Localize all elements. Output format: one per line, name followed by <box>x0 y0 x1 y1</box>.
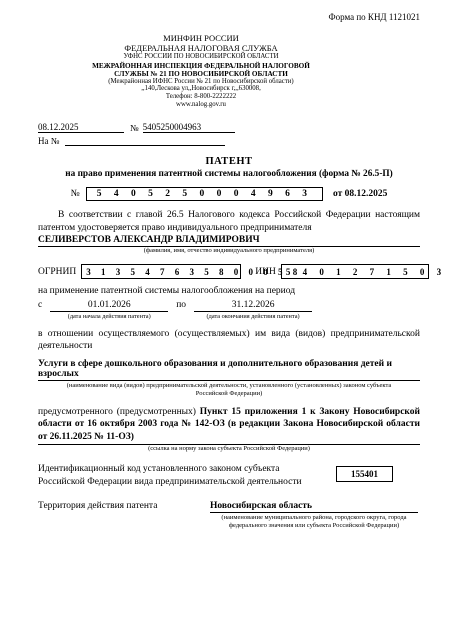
activity-intro-paragraph: в отношении осуществляемого (осуществляе… <box>38 328 420 353</box>
inn-label: ИНН <box>255 267 276 277</box>
patent-number-boxed: 5 4 0 5 2 5 0 0 0 4 9 6 3 <box>86 187 323 201</box>
document-date: 08.12.2025 <box>38 122 124 133</box>
patent-title: ПАТЕНТ <box>38 156 420 167</box>
issuing-authority-block: МИНФИН РОССИИ ФЕДЕРАЛЬНАЯ НАЛОГОВАЯ СЛУЖ… <box>60 34 342 108</box>
regional-department-name: УФНС РОССИИ ПО НОВОСИБИРСКОЙ ОБЛАСТИ <box>60 53 342 61</box>
territory-value: Новосибирская область <box>210 501 418 513</box>
period-intro: на применение патентной системы налогооб… <box>38 286 420 296</box>
activity-name: Услуги в сфере дошкольного образования и… <box>38 359 420 381</box>
patent-number-row: № 5 4 0 5 2 5 0 0 0 4 9 6 3 от 08.12.202… <box>38 187 420 201</box>
territory-row: Территория действия патента Новосибирска… <box>38 501 420 530</box>
patent-number-sign: № <box>71 189 80 199</box>
form-code-label: Форма по КНД 1121021 <box>38 12 420 22</box>
activity-code-label: Идентификационный код установленного зак… <box>38 463 306 489</box>
activity-caption: (наименование вида (видов) предпринимате… <box>59 382 399 398</box>
activity-code-row: Идентификационный код установленного зак… <box>38 463 420 489</box>
activity-code-value: 155401 <box>336 466 393 482</box>
law-intro: предусмотренного (предусмотренных) <box>38 407 196 417</box>
validity-period-row: с 01.01.2026 (дата начала действия патен… <box>38 300 420 320</box>
inn-value: 5 4 0 1 2 7 1 5 0 3 4 1 <box>281 264 429 279</box>
patent-subtitle: на право применения патентной системы на… <box>38 169 420 179</box>
law-reference-paragraph: предусмотренного (предусмотренных) Пункт… <box>38 406 420 445</box>
reply-to-blank <box>65 145 225 146</box>
from-label: с <box>38 300 42 320</box>
period-end-caption: (дата окончания действия патента) <box>207 313 300 320</box>
inspection-address: ,,140,Лескова ул,,Новосибирск г,,,630008… <box>101 85 301 93</box>
reply-to-label: На № <box>38 136 59 146</box>
period-start-date: 01.01.2026 <box>50 300 168 312</box>
document-title-block: ПАТЕНТ на право применения патентной сис… <box>38 156 420 179</box>
number-sign: № <box>130 123 139 133</box>
territory-label: Территория действия патента <box>38 501 210 530</box>
to-label: по <box>176 300 186 320</box>
intro-paragraph: В соответствии с главой 26.5 Налогового … <box>38 209 420 234</box>
period-start-caption: (дата начала действия патента) <box>68 313 151 320</box>
inspection-short-name: (Межрайонная ИФНС России № 21 по Новосиб… <box>101 78 301 86</box>
patent-issue-date: от 08.12.2025 <box>333 189 387 199</box>
entrepreneur-name: СЕЛИВЕРСТОВ АЛЕКСАНДР ВЛАДИМИРОВИЧ <box>38 235 420 247</box>
tax-service-name: ФЕДЕРАЛЬНАЯ НАЛОГОВАЯ СЛУЖБА <box>60 44 342 54</box>
document-number: 5405250004963 <box>143 122 235 133</box>
inspection-phone: Телефон: 8-800-2222222 <box>101 93 301 101</box>
territory-caption: (наименование муниципального района, гор… <box>210 514 418 530</box>
reference-block: 08.12.2025 № 5405250004963 На № <box>38 122 420 146</box>
inspection-name: МЕЖРАЙОННАЯ ИНСПЕКЦИЯ ФЕДЕРАЛЬНОЙ НАЛОГО… <box>86 62 316 78</box>
entrepreneur-caption: (фамилия, имя, отчество индивидуального … <box>38 247 420 255</box>
period-end-date: 31.12.2026 <box>194 300 312 312</box>
law-caption: (ссылка на норму закона субъекта Российс… <box>38 445 420 453</box>
ogrnip-value: 3 1 3 5 4 7 6 3 5 8 0 0 0 5 8 <box>81 264 241 279</box>
registration-numbers-row: ОГРНИП 3 1 3 5 4 7 6 3 5 8 0 0 0 5 8 ИНН… <box>38 264 420 279</box>
inspection-website: www.nalog.gov.ru <box>101 101 301 109</box>
patent-document-page: Форма по КНД 1121021 МИНФИН РОССИИ ФЕДЕР… <box>0 0 453 640</box>
ogrnip-label: ОГРНИП <box>38 267 76 277</box>
